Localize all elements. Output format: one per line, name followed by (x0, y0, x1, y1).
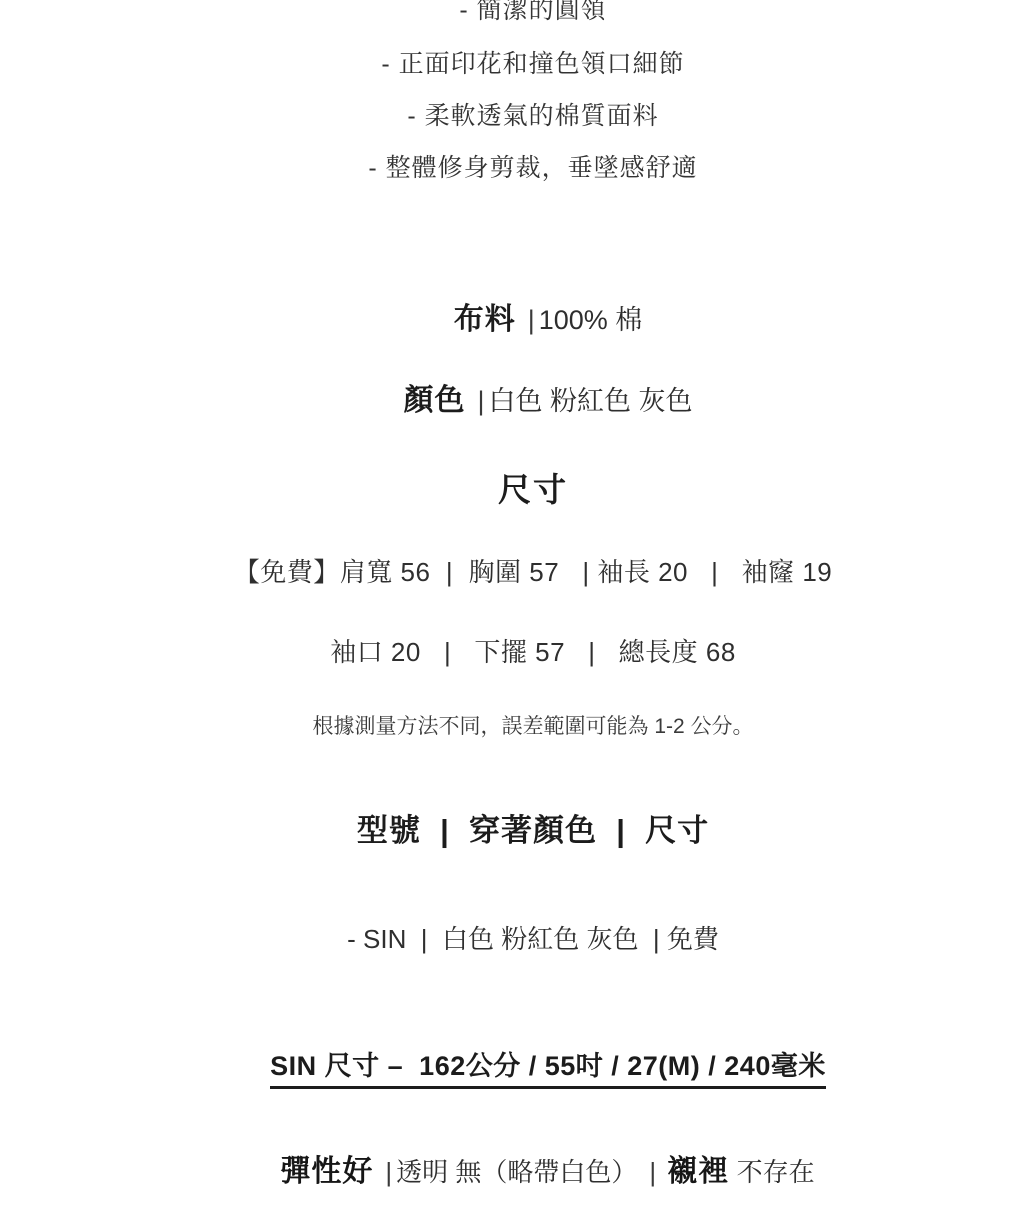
fabric-spec-line: 布料|100% 棉 (0, 275, 1024, 366)
size-measurements-row-2: 袖口 20 | 下擺 57 | 總長度 68 (0, 638, 1024, 666)
feature-item-print: - 正面印花和撞色領口細節 (0, 51, 1024, 78)
fabric-value: 100% 棉 (539, 305, 643, 335)
model-table-heading: 型號 | 穿著顏色 | 尺寸 (0, 814, 1024, 847)
pipe-separator: | (477, 386, 484, 416)
model-size-info-underlined: SIN 尺寸 – 162公分 / 55吋 / 27(M) / 240毫米 (270, 1051, 826, 1089)
feature-item-fit: - 整體修身剪裁，垂墜感舒適 (0, 155, 1024, 182)
color-spec-line: 顏色|白色 粉紅色 灰色 (0, 356, 1024, 447)
size-section-heading: 尺寸 (0, 472, 1024, 508)
measurement-tolerance-note: 根據測量方法不同，誤差範圍可能為 1-2 公分。 (0, 716, 1024, 739)
model-size-info-line: SIN 尺寸 – 162公分 / 55吋 / 27(M) / 240毫米 (0, 1023, 1024, 1110)
attributes-line: 彈性好|透明 無（略帶白色）| 襯裡 不存在 (0, 1128, 1024, 1209)
size-measurements-row-1: 【免費】肩寬 56 | 胸圍 57 | 袖長 20 | 袖窿 19 (0, 558, 1024, 586)
color-label: 顏色 (403, 384, 465, 417)
pipe-separator: | (385, 1157, 392, 1187)
color-value: 白色 粉紅色 灰色 (489, 386, 693, 416)
pipe-separator: | (649, 1157, 656, 1187)
feature-item-fabric: - 柔軟透氣的棉質面料 (0, 103, 1024, 130)
lining-value: 不存在 (737, 1157, 815, 1187)
elasticity-label: 彈性好 (280, 1155, 373, 1188)
transparency-value: 透明 無（略帶白色） (396, 1157, 637, 1187)
fabric-label: 布料 (454, 303, 516, 336)
product-description-page: - 簡潔的圓領 - 正面印花和撞色領口細節 - 柔軟透氣的棉質面料 - 整體修身… (0, 0, 1024, 1209)
feature-item-neckline: - 簡潔的圓領 (0, 0, 1024, 24)
pipe-separator: | (528, 305, 535, 335)
lining-label: 襯裡 (667, 1155, 729, 1188)
model-row-sin: - SIN | 白色 粉紅色 灰色 | 免費 (0, 925, 1024, 953)
